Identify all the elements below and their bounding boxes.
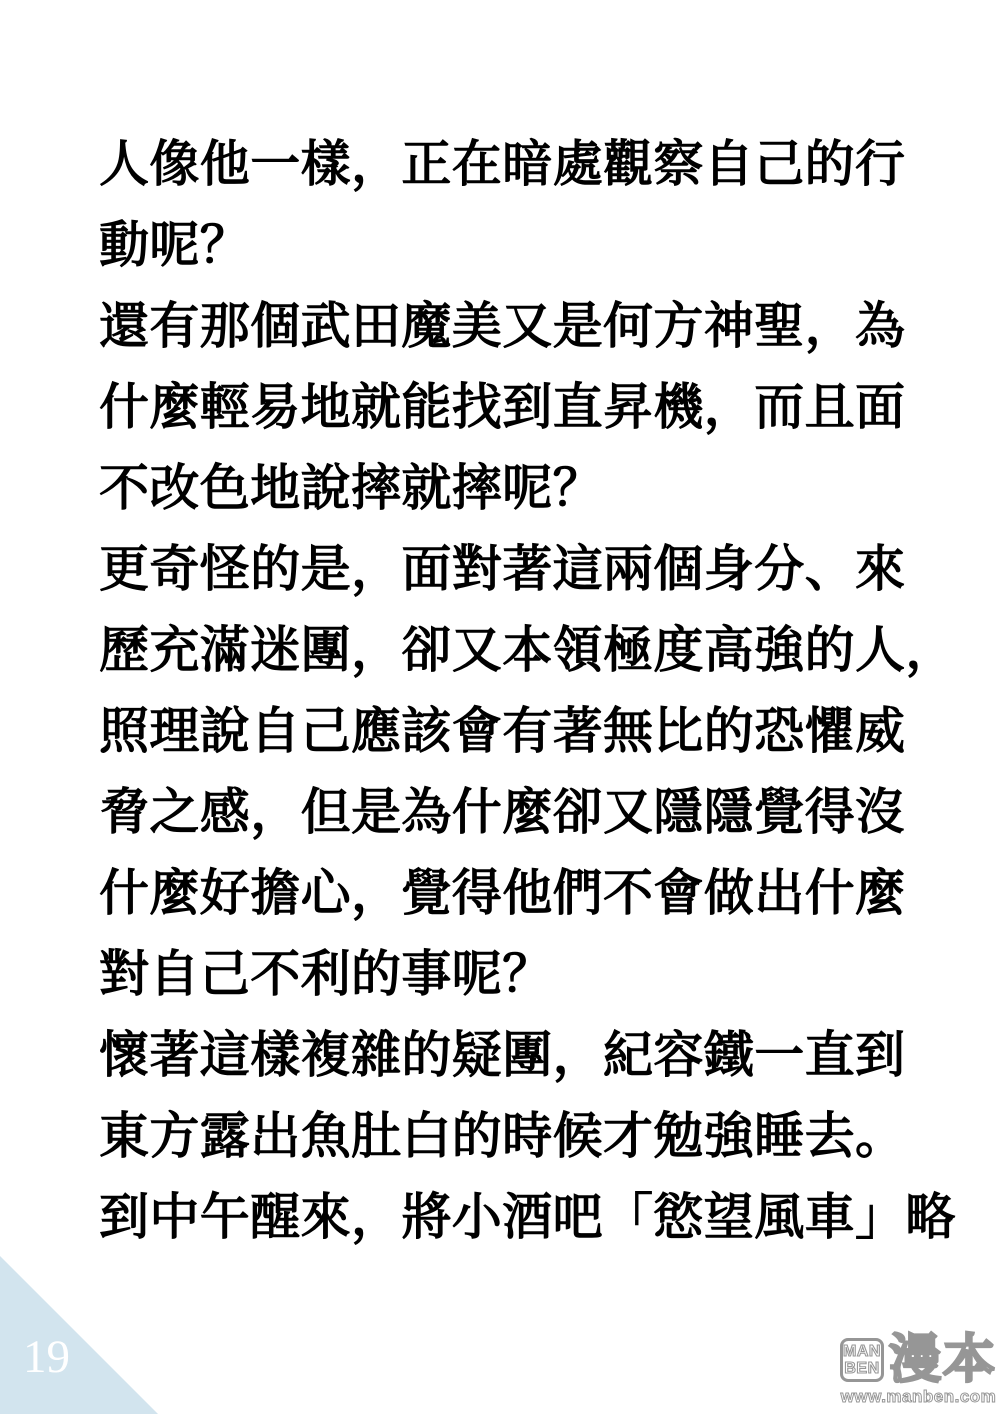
text-line-5: 不改色地說摔就摔呢？	[99, 448, 979, 529]
manben-logo-box-icon: MAN BEN	[840, 1338, 884, 1382]
text-line-12: 懷著這樣複雜的疑團，紀容鐵一直到	[99, 1015, 979, 1096]
text-line-8: 照理說自己應該會有著無比的恐懼威	[99, 691, 979, 772]
manben-watermark-url: www.manben.com	[840, 1388, 997, 1405]
text-line-9: 脅之感，但是為什麼卻又隱隱覺得沒	[99, 772, 979, 853]
text-line-11: 對自己不利的事呢？	[99, 934, 979, 1015]
text-line-7: 歷充滿迷團，卻又本領極度高強的人，	[99, 610, 979, 691]
page-number: 19	[23, 1334, 70, 1381]
manben-logo-box-line1: MAN	[843, 1343, 881, 1360]
manben-watermark-logo: MAN BEN 漫本 www.manben.com	[840, 1334, 997, 1405]
ebook-page: 人像他一樣，正在暗處觀察自己的行 動呢？ 還有那個武田魔美又是何方神聖，為 什麼…	[0, 0, 1000, 1414]
manben-brand-text: 漫本	[889, 1334, 997, 1386]
text-line-13: 東方露出魚肚白的時候才勉強睡去。	[99, 1096, 979, 1177]
manben-logo-row: MAN BEN 漫本	[840, 1334, 997, 1386]
manben-logo-box-line2: BEN	[844, 1360, 879, 1377]
body-text: 人像他一樣，正在暗處觀察自己的行 動呢？ 還有那個武田魔美又是何方神聖，為 什麼…	[99, 124, 979, 1258]
text-line-2: 動呢？	[99, 205, 979, 286]
text-line-4: 什麼輕易地就能找到直昇機，而且面	[99, 367, 979, 448]
text-line-10: 什麼好擔心，覺得他們不會做出什麼	[99, 853, 979, 934]
text-line-6: 更奇怪的是，面對著這兩個身分、來	[99, 529, 979, 610]
text-line-1: 人像他一樣，正在暗處觀察自己的行	[99, 124, 979, 205]
text-line-3: 還有那個武田魔美又是何方神聖，為	[99, 286, 979, 367]
text-line-14: 到中午醒來，將小酒吧「慾望風車」略	[99, 1177, 979, 1258]
